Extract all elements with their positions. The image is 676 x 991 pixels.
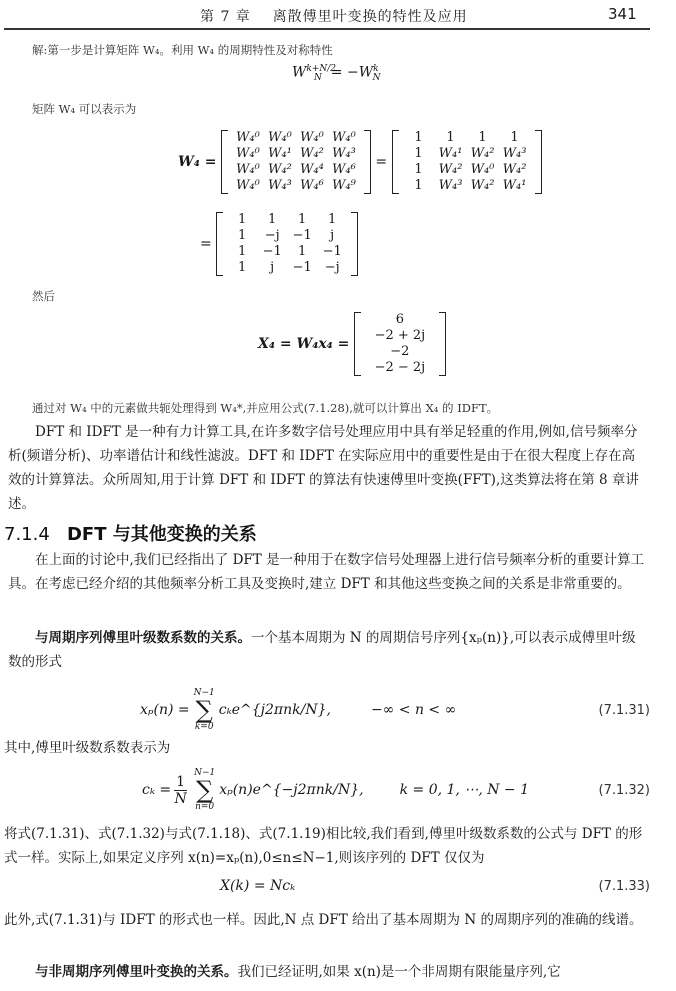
fourier-series-heading: 与周期序列傅里叶级数系数的关系。 [35, 630, 251, 646]
matrix-cell: W₄² [435, 162, 467, 178]
then-label: 然后 [32, 288, 55, 304]
equation-7-1-33: X(k) = Ncₖ (7.1.33) [220, 878, 650, 894]
matrix-cell: −1 [317, 244, 347, 260]
matrix-cell: 1 [499, 130, 531, 146]
page-number: 341 [608, 5, 637, 23]
w4-lhs: W₄ = [178, 154, 216, 170]
matrix-cell: W₄³ [499, 146, 531, 162]
matrix-cell: −j [257, 228, 287, 244]
matrix-cell: W₄⁶ [328, 162, 360, 178]
matrix-cell: j [257, 260, 287, 276]
running-head: 第 7 章 离散傅里叶变换的特性及应用 [200, 6, 468, 26]
matrix-cell: W₄⁴ [296, 162, 328, 178]
matrix-cell: W₄¹ [264, 146, 296, 162]
matrix-cell: W₄⁰ [328, 130, 360, 146]
matrix-cell: 1 [403, 146, 435, 162]
eq31-range: −∞ < n < ∞ [371, 702, 456, 718]
paragraph-dft-importance: DFT 和 IDFT 是一种有力计算工具,在许多数字信号处理应用中具有举足轻重的… [8, 420, 648, 516]
matrix-cell: 1 [227, 260, 257, 276]
w4-power-matrix: W₄⁰W₄⁰W₄⁰W₄⁰W₄⁰W₄¹W₄²W₄³W₄⁰W₄²W₄⁴W₄⁶W₄⁰W… [221, 130, 371, 194]
eq31-body: cₖe^{j2πnk/N}, [219, 702, 331, 718]
matrix-cell: 1 [467, 130, 499, 146]
matrix-cell: W₄⁰ [232, 130, 264, 146]
eq31-lhs: xₚ(n) = [140, 702, 190, 718]
eq32-body: xₚ(n)e^{−j2πnk/N}, [219, 782, 363, 798]
w4-numeric-matrix: 11111−j−1j1−11−11j−1−j [216, 212, 358, 276]
matrix-cell: W₄² [467, 178, 499, 194]
matrix-intro: 矩阵 W₄ 可以表示为 [32, 101, 136, 117]
matrix-cell: 1 [317, 212, 347, 228]
matrix-cell: W₄² [264, 162, 296, 178]
coeff-intro: 其中,傅里叶级数系数表示为 [4, 736, 170, 760]
matrix-cell: W₄³ [435, 178, 467, 194]
header-rule [4, 28, 650, 30]
eq31-label: (7.1.31) [599, 703, 651, 718]
matrix-cell: W₄⁰ [467, 162, 499, 178]
matrix-cell: −j [317, 260, 347, 276]
frac-num: 1 [174, 774, 187, 791]
eq33-body: X(k) = Ncₖ [220, 878, 295, 894]
matrix-cell: 1 [287, 244, 317, 260]
paragraph-relations: 在上面的讨论中,我们已经指出了 DFT 是一种用于在数字信号处理器上进行信号频率… [8, 548, 648, 596]
matrix-cell: W₄² [467, 146, 499, 162]
matrix-cell: 1 [227, 244, 257, 260]
matrix-cell: j [317, 228, 347, 244]
matrix-cell: 1 [227, 228, 257, 244]
matrix-cell: W₄¹ [499, 178, 531, 194]
matrix-cell: 1 [403, 130, 435, 146]
matrix-cell: 1 [403, 162, 435, 178]
matrix-cell: −1 [257, 244, 287, 260]
fraction: 1 N [174, 774, 187, 807]
eq33-label: (7.1.33) [599, 879, 651, 894]
matrix-cell: W₄⁹ [328, 178, 360, 194]
matrix-cell: W₄⁰ [232, 146, 264, 162]
matrix-cell: −1 [287, 228, 317, 244]
periodicity-equation: Wk+N/2N = −WkN [292, 64, 380, 83]
eq32-lhs: cₖ = [142, 782, 171, 798]
matrix-cell: 1 [403, 178, 435, 194]
matrix-cell: −2 − 2j [365, 360, 435, 376]
matrix-cell: W₄⁰ [296, 130, 328, 146]
matrix-cell: W₄² [296, 146, 328, 162]
sum-lower: k=0 [195, 722, 214, 732]
matrix-cell: 6 [365, 312, 435, 328]
matrix-cell: −1 [287, 260, 317, 276]
equation-7-1-32: cₖ = 1 N N−1 ∑ n=0 xₚ(n)e^{−j2πnk/N}, k … [142, 768, 650, 812]
w4-reduced-matrix: 11111W₄¹W₄²W₄³1W₄²W₄⁰W₄²1W₄³W₄²W₄¹ [392, 130, 542, 194]
aperiodic-heading: 与非周期序列傅里叶变换的关系。 [35, 964, 238, 980]
paragraph-conclusion: 此外,式(7.1.31)与 IDFT 的形式也一样。因此,N 点 DFT 给出了… [4, 908, 650, 932]
eq32-label: (7.1.32) [599, 783, 651, 798]
sum-lower: n=0 [195, 802, 214, 812]
matrix-cell: W₄⁰ [264, 130, 296, 146]
matrix-cell: 1 [287, 212, 317, 228]
w4-matrix-equation: W₄ = W₄⁰W₄⁰W₄⁰W₄⁰W₄⁰W₄¹W₄²W₄³W₄⁰W₄²W₄⁴W₄… [178, 130, 542, 194]
paragraph-aperiodic: 与非周期序列傅里叶变换的关系。我们已经证明,如果 x(n)是一个非周期有限能量序… [8, 960, 648, 984]
frac-den: N [174, 791, 186, 807]
matrix-cell: W₄⁰ [232, 162, 264, 178]
matrix-cell: W₄² [499, 162, 531, 178]
matrix-cell: W₄³ [264, 178, 296, 194]
x4-equation: X₄ = W₄x₄ = 6−2 + 2j−2−2 − 2j [258, 312, 446, 376]
summation: N−1 ∑ n=0 [194, 768, 215, 812]
matrix-cell: W₄¹ [435, 146, 467, 162]
matrix-cell: W₄⁶ [296, 178, 328, 194]
matrix-cell: 1 [257, 212, 287, 228]
section-number: 7.1.4 [4, 524, 50, 545]
chapter-title: 离散傅里叶变换的特性及应用 [273, 9, 468, 25]
matrix-cell: −2 + 2j [365, 328, 435, 344]
paragraph-compare: 将式(7.1.31)、式(7.1.32)与式(7.1.18)、式(7.1.19)… [4, 822, 650, 870]
solution-intro: 解:第一步是计算矩阵 W₄。利用 W₄ 的周期特性及对称特性 [32, 42, 333, 58]
matrix-cell: 1 [227, 212, 257, 228]
aperiodic-text: 我们已经证明,如果 x(n)是一个非周期有限能量序列,它 [238, 964, 561, 980]
section-heading: 7.1.4 DFT 与其他变换的关系 [4, 520, 257, 546]
matrix-cell: −2 [365, 344, 435, 360]
equation-7-1-31: xₚ(n) = N−1 ∑ k=0 cₖe^{j2πnk/N}, −∞ < n … [140, 688, 650, 732]
section-title: DFT 与其他变换的关系 [67, 524, 257, 545]
matrix-cell: 1 [435, 130, 467, 146]
paragraph-fourier-series: 与周期序列傅里叶级数系数的关系。一个基本周期为 N 的周期信号序列{xₚ(n)}… [8, 626, 648, 674]
chapter-label: 第 7 章 [200, 9, 251, 25]
idft-note: 通过对 W₄ 中的元素做共轭处理得到 W₄*,并应用公式(7.1.28),就可以… [32, 400, 498, 416]
w4-numeric-equation: = 11111−j−1j1−11−11j−1−j [200, 212, 358, 276]
matrix-cell: W₄⁰ [232, 178, 264, 194]
page-header: 第 7 章 离散傅里叶变换的特性及应用 341 [0, 0, 676, 30]
eq32-range: k = 0, 1, ⋯, N − 1 [400, 782, 529, 798]
x4-lhs: X₄ = W₄x₄ = [258, 336, 349, 352]
summation: N−1 ∑ k=0 [194, 688, 215, 732]
x4-vector: 6−2 + 2j−2−2 − 2j [354, 312, 446, 376]
matrix-cell: W₄³ [328, 146, 360, 162]
